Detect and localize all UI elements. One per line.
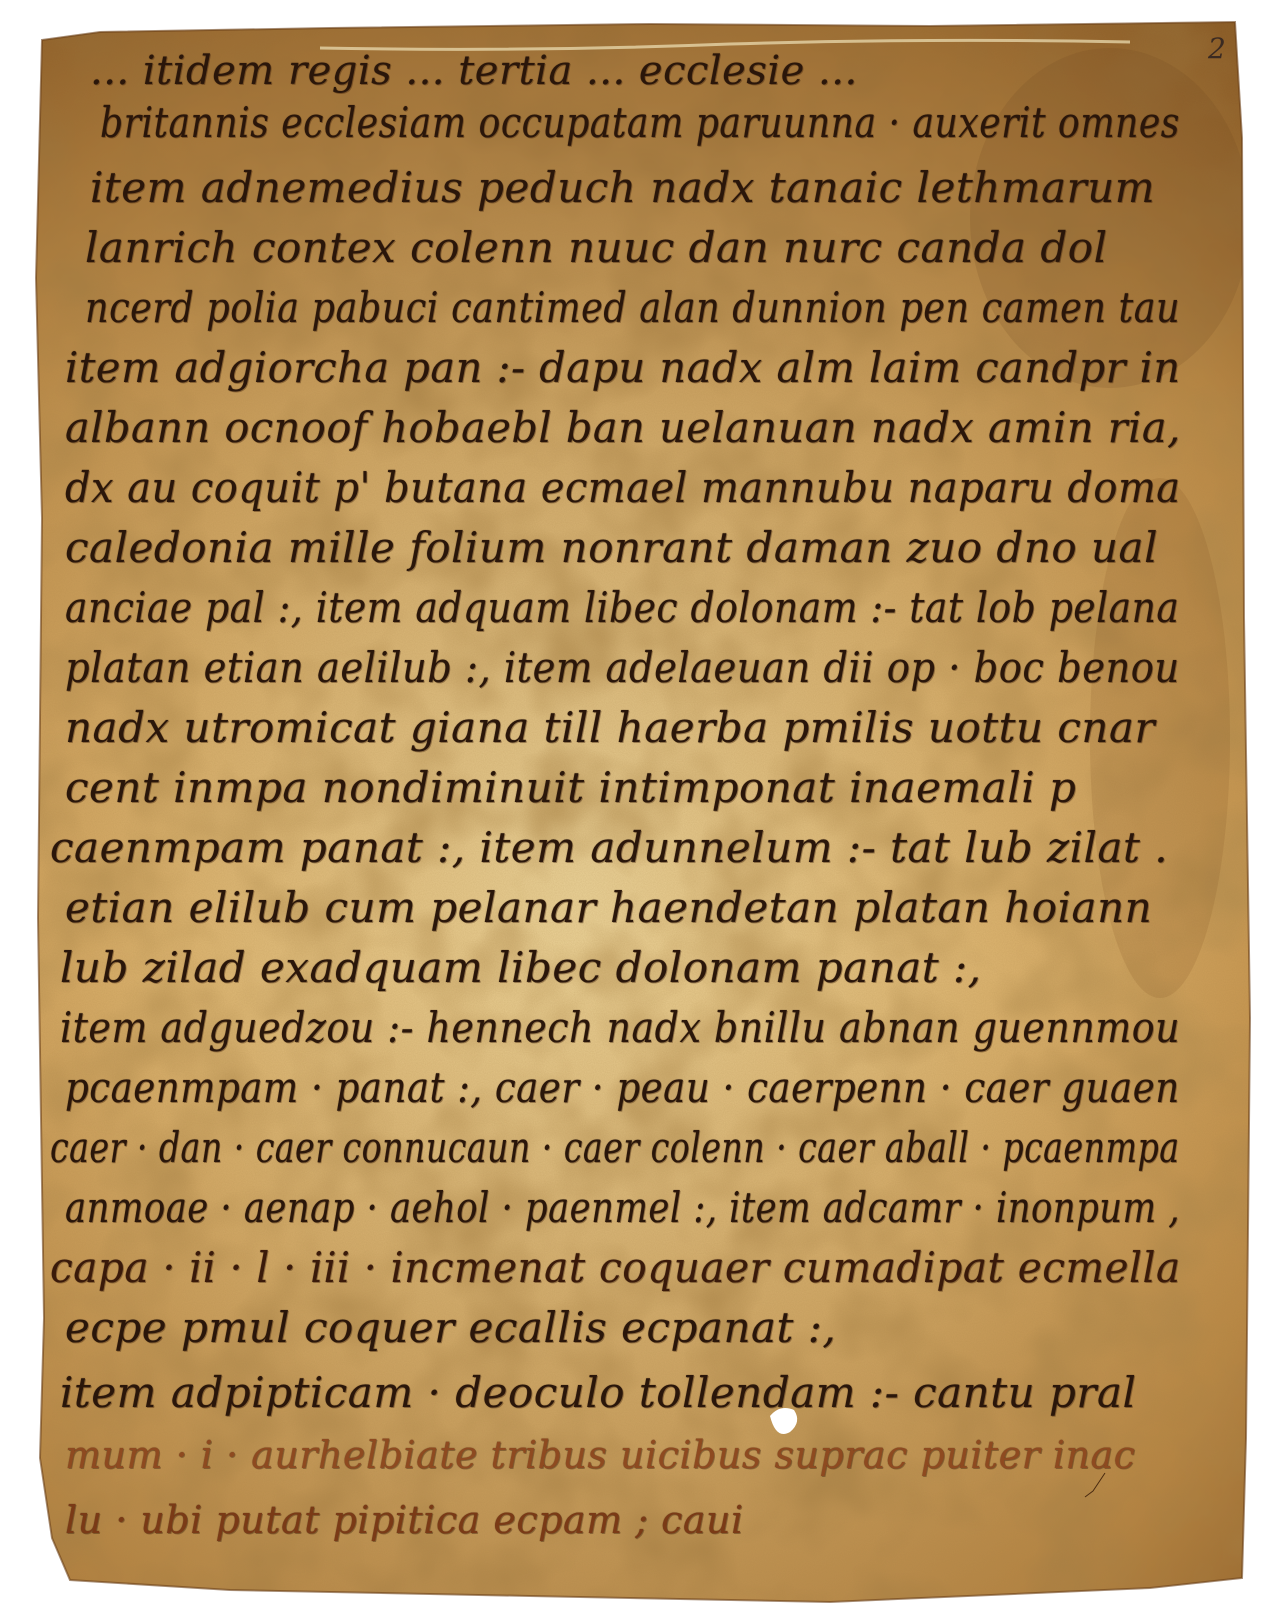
folio-number: 2 — [1208, 32, 1226, 65]
marginalia: 2 — [30, 18, 1256, 1606]
manuscript-leaf: ... itidem regis ... tertia ... ecclesie… — [30, 18, 1256, 1606]
